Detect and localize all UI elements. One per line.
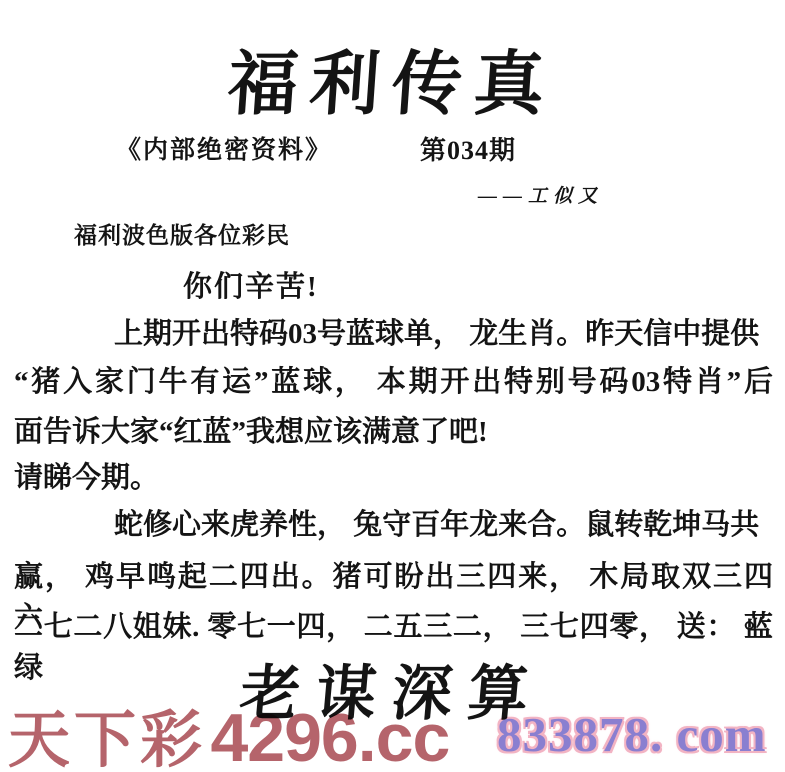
issue-number: 第034期 (420, 130, 516, 167)
watermark-site-name: 天下彩 (8, 706, 206, 772)
watermark-site-domain: 4296.cc (210, 700, 449, 772)
watermark-red-site: 天下彩 4296.cc (8, 690, 449, 772)
greeting-line: 你们辛苦! (183, 264, 319, 305)
watermark-violet-site: 833878. com (497, 706, 767, 763)
body-line-3: 面告诉大家“红蓝”我想应该满意了吧! (14, 409, 773, 450)
body-line-4: 请睇今期。 (14, 455, 773, 496)
body-line-2: “猪入家门牛有运”蓝球， 本期开出特别号码03特肖”后 (14, 359, 773, 400)
page-title: 福利传真 (0, 28, 785, 129)
body-line-1: 上期开出特码03号蓝球单， 龙生肖。昨天信中提供 (14, 311, 773, 352)
body-line-5: 蛇修心来虎养性， 兔守百年龙来合。鼠转乾坤马共 (14, 502, 773, 543)
salutation-line: 福利波色版各位彩民 (74, 217, 290, 250)
subtitle-internal-secret: 《内部绝密资料》 (116, 130, 332, 166)
handwritten-signature: ——工似又 (478, 181, 603, 208)
